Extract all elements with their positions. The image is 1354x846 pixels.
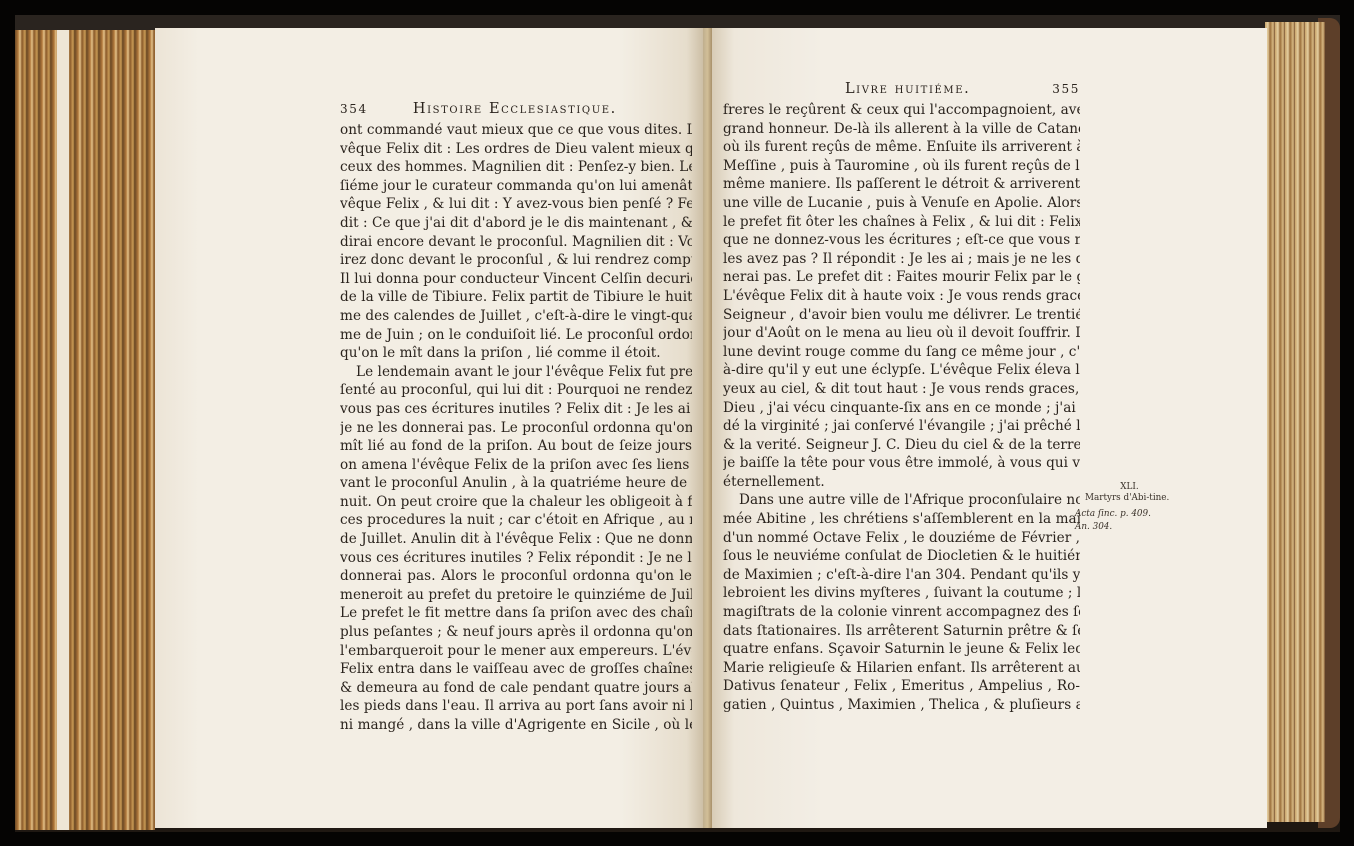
left-page-text: 354 Histoire Ecclesiastique. ont command…	[340, 100, 692, 735]
text-line: le prefet fit ôter les chaînes à Felix ,…	[723, 213, 1080, 232]
page-number: 354	[340, 100, 368, 119]
text-line: d'un nommé Octave Felix , le douziéme de…	[723, 529, 1080, 548]
text-line: L'évêque Felix dit à haute voix : Je vou…	[723, 287, 1080, 306]
text-line: magiſtrats de la colonie vinrent accompa…	[723, 603, 1080, 622]
text-line: freres le reçûrent & ceux qui l'accompag…	[723, 101, 1080, 120]
text-line: une ville de Lucanie , puis à Venuſe en …	[723, 194, 1080, 213]
text-line: dirai encore devant le proconſul. Magnil…	[340, 233, 692, 252]
text-line: nuit. On peut croire que la chaleur les …	[340, 493, 692, 512]
blank-leaf	[57, 30, 69, 830]
text-line: plus peſantes ; & neuf jours après il or…	[340, 623, 692, 642]
text-line: Dativus ſenateur , Felix , Emeritus , Am…	[723, 677, 1080, 696]
text-line: vêque Felix , & lui dit : Y avez-vous bi…	[340, 195, 692, 214]
right-body: freres le reçûrent & ceux qui l'accompag…	[723, 101, 1080, 715]
text-line: ni mangé , dans la ville d'Agrigente en …	[340, 716, 692, 735]
text-line: de Maximien ; c'eſt-à-dire l'an 304. Pen…	[723, 566, 1080, 585]
text-line: Dieu , j'ai vécu cinquante-ſix ans en ce…	[723, 399, 1080, 418]
text-line: mît lié au fond de la priſon. Au bout de…	[340, 437, 692, 456]
text-line: ſenté au proconſul, qui lui dit : Pourqu…	[340, 381, 692, 400]
text-line: même maniere. Ils paſſerent le détroit &…	[723, 175, 1080, 194]
text-line: mée Abitine , les chrétiens s'aſſemblere…	[723, 510, 1080, 529]
right-running-head: Livre huitiéme. 355	[723, 80, 1080, 101]
right-page-edges	[1265, 22, 1325, 822]
left-page-edges	[15, 30, 155, 830]
text-line: que ne donnez-vous les écritures ; eſt-c…	[723, 231, 1080, 250]
text-line: les avez pas ? Il répondit : Je les ai ;…	[723, 250, 1080, 269]
text-line: Marie religieuſe & Hilarien enfant. Ils …	[723, 659, 1080, 678]
text-line: dit : Ce que j'ai dit d'abord je le dis …	[340, 214, 692, 233]
text-line: quatre enfans. Sçavoir Saturnin le jeune…	[723, 640, 1080, 659]
text-line: Il lui donna pour conducteur Vincent Cel…	[340, 270, 692, 289]
left-running-head: 354 Histoire Ecclesiastique.	[340, 100, 692, 121]
text-line: nerai pas. Le prefet dit : Faites mourir…	[723, 268, 1080, 287]
text-line: ces procedures la nuit ; car c'étoit en …	[340, 511, 692, 530]
text-line: vêque Felix dit : Les ordres de Dieu val…	[340, 140, 692, 159]
text-line: vant le proconſul Anulin , à la quatriém…	[340, 474, 692, 493]
text-line: on amena l'évêque Felix de la priſon ave…	[340, 456, 692, 475]
text-line: lebroient les divins myſteres , ſuivant …	[723, 584, 1080, 603]
text-line: les pieds dans l'eau. Il arriva au port …	[340, 697, 692, 716]
text-line: je ne les donnerai pas. Le proconſul ord…	[340, 419, 692, 438]
text-line: Dans une autre ville de l'Afrique procon…	[723, 491, 1080, 510]
text-line: Meſſine , puis à Tauromine , où ils fure…	[723, 157, 1080, 176]
running-head-title: Livre huitiéme.	[723, 80, 1052, 99]
text-line: ſiéme jour le curateur commanda qu'on lu…	[340, 177, 692, 196]
text-line: dats ſtationaires. Ils arrêterent Saturn…	[723, 622, 1080, 641]
text-line: yeux au ciel, & dit tout haut : Je vous …	[723, 380, 1080, 399]
text-line: Le lendemain avant le jour l'évêque Feli…	[340, 363, 692, 382]
text-line: vous pas ces écritures inutiles ? Felix …	[340, 400, 692, 419]
text-line: l'embarqueroit pour le mener aux empereu…	[340, 642, 692, 661]
text-line: ſous le neuviéme conſulat de Diocletien …	[723, 547, 1080, 566]
text-line: meneroit au prefet du pretoire le quinzi…	[340, 586, 692, 605]
text-line: ceux des hommes. Magnilien dit : Penſez-…	[340, 158, 692, 177]
text-line: je baiſſe la tête pour vous être immolé,…	[723, 454, 1080, 473]
text-line: Seigneur , d'avoir bien voulu me délivre…	[723, 306, 1080, 325]
text-line: me des calendes de Juillet , c'eſt-à-dir…	[340, 307, 692, 326]
text-line: & la verité. Seigneur J. C. Dieu du ciel…	[723, 436, 1080, 455]
text-line: qu'on le mît dans la priſon , lié comme …	[340, 344, 692, 363]
margin-reference: Acta ſinc. p. 409.	[1075, 509, 1170, 520]
text-line: lune devint rouge comme du ſang ce même …	[723, 343, 1080, 362]
text-line: Felix entra dans le vaiſſeau avec de gro…	[340, 660, 692, 679]
margin-caption: Martyrs d'Abi-tine.	[1075, 493, 1170, 504]
right-page-text: Livre huitiéme. 355 freres le reçûrent &…	[723, 80, 1080, 715]
running-head-title: Histoire Ecclesiastique.	[368, 100, 692, 119]
text-line: & demeura au fond de cale pendant quatre…	[340, 679, 692, 698]
left-body: ont commandé vaut mieux que ce que vous …	[340, 121, 692, 735]
gutter	[703, 28, 712, 828]
page-number: 355	[1052, 80, 1080, 99]
text-line: me de Juin ; on le conduiſoit lié. Le pr…	[340, 326, 692, 345]
text-line: de Juillet. Anulin dit à l'évêque Felix …	[340, 530, 692, 549]
text-line: donnerai pas. Alors le proconſul ordonna…	[340, 567, 692, 586]
text-line: éternellement.	[723, 473, 1080, 492]
section-number: XLI.	[1075, 482, 1170, 493]
margin-note: XLI. Martyrs d'Abi-tine. Acta ſinc. p. 4…	[1075, 482, 1170, 533]
text-line: irez donc devant le proconſul , & lui re…	[340, 251, 692, 270]
text-line: de la ville de Tibiure. Felix partit de …	[340, 288, 692, 307]
margin-year: An. 304.	[1075, 522, 1170, 533]
text-line: dé la virginité ; jai conſervé l'évangil…	[723, 417, 1080, 436]
text-line: où ils furent reçûs de même. Enſuite ils…	[723, 138, 1080, 157]
text-line: à-dire qu'il y eut une éclypſe. L'évêque…	[723, 361, 1080, 380]
text-line: grand honneur. De-là ils allerent à la v…	[723, 120, 1080, 139]
text-line: vous ces écritures inutiles ? Felix répo…	[340, 549, 692, 568]
text-line: jour d'Août on le mena au lieu où il dev…	[723, 324, 1080, 343]
text-line: Le prefet le fit mettre dans ſa priſon a…	[340, 604, 692, 623]
text-line: gatien , Quintus , Maximien , Thelica , …	[723, 696, 1080, 715]
text-line: ont commandé vaut mieux que ce que vous …	[340, 121, 692, 140]
